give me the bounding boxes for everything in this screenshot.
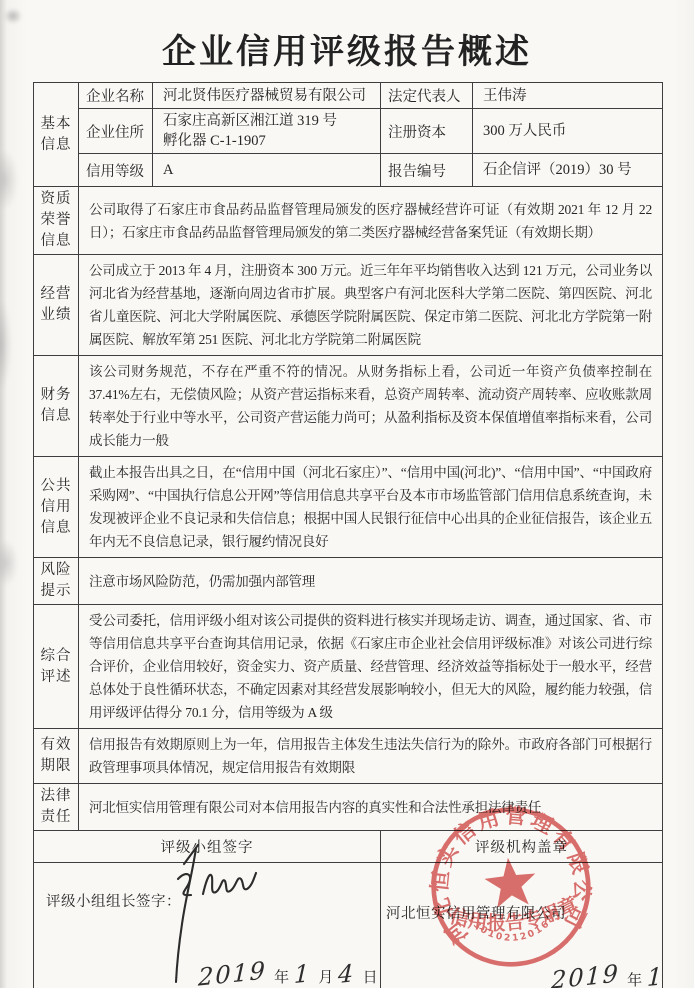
label-company-name: 企业名称 xyxy=(79,83,153,109)
section-text-qualifications: 公司取得了石家庄市食品药品监督管理局颁发的医疗器械经营许可证（有效期 2021 … xyxy=(79,187,663,255)
table-row: 基本信息 企业名称 河北贤伟医疗器械贸易有限公司 法定代表人 王伟涛 xyxy=(34,83,663,109)
section-label-financial-info: 财务信息 xyxy=(34,356,79,457)
handwritten-year: 2019 xyxy=(198,961,267,986)
table-row: 综合评述 受公司委托，信用评级小组对该公司提供的资料进行核实并现场走访、调查，通… xyxy=(34,605,663,729)
agency-company-name: 河北恒实信用管理有限公司 xyxy=(386,902,566,923)
table-row: 资质荣誉信息 公司取得了石家庄市食品药品监督管理局颁发的医疗器械经营许可证（有效… xyxy=(34,187,663,255)
value-report-number: 石企信评（2019）30 号 xyxy=(473,154,663,187)
section-label-risk-warning: 风险提示 xyxy=(34,558,79,605)
scan-artifact xyxy=(4,8,22,24)
report-table: 基本信息 企业名称 河北贤伟医疗器械贸易有限公司 法定代表人 王伟涛 企业住所 … xyxy=(33,82,663,988)
table-row: 评级小组签字 评级机构盖章 xyxy=(34,831,663,863)
label-registered-capital: 注册资本 xyxy=(381,109,473,154)
value-company-name: 河北贤伟医疗器械贸易有限公司 xyxy=(153,83,381,109)
scan-artifact xyxy=(0,150,18,210)
header-team-signature: 评级小组签字 xyxy=(34,831,381,863)
table-row: 经营业绩 公司成立于 2013 年 4 月，注册资本 300 万元。近三年年平均… xyxy=(34,255,663,356)
team-signature-date: 2019年1月4日 xyxy=(196,965,381,987)
table-row: 公共信用信息 截止本报告出具之日，在“信用中国（河北石家庄）”、“信用中国(河北… xyxy=(34,457,663,558)
scan-edge-shadow xyxy=(0,0,7,988)
table-row: 有效期限 信用报告有效期原则上为一年，信用报告主体发生违法失信行为的除外。市政府… xyxy=(34,729,663,784)
table-row: 财务信息 该公司财务规范，不存在严重不符的情况。从财务指标上看，公司近一年资产负… xyxy=(34,356,663,457)
table-row: 信用等级 A 报告编号 石企信评（2019）30 号 xyxy=(34,154,663,187)
header-agency-seal: 评级机构盖章 xyxy=(381,831,663,863)
handwritten-day: 4 xyxy=(338,964,356,984)
agency-seal-cell: 河北恒实信用管理有限公司 2019年1月4日 xyxy=(381,863,663,988)
label-legal-representative: 法定代表人 xyxy=(381,83,473,109)
table-row: 法律责任 河北恒实信用管理有限公司对本信用报告内容的真实性和合法性承担法律责任 xyxy=(34,784,663,831)
section-text-risk-warning: 注意市场风险防范，仍需加强内部管理 xyxy=(79,558,663,605)
section-label-basic-info: 基本信息 xyxy=(34,83,79,187)
section-text-legal-responsibility: 河北恒实信用管理有限公司对本信用报告内容的真实性和合法性承担法律责任 xyxy=(79,784,663,831)
section-label-comprehensive-review: 综合评述 xyxy=(34,605,79,729)
section-label-validity-period: 有效期限 xyxy=(34,729,79,784)
table-row: 风险提示 注意市场风险防范，仍需加强内部管理 xyxy=(34,558,663,605)
section-text-public-credit-info: 截止本报告出具之日，在“信用中国（河北石家庄）”、“信用中国(河北)”、“信用中… xyxy=(79,457,663,558)
label-company-address: 企业住所 xyxy=(79,109,153,154)
report-page: 企业信用评级报告概述 基本信息 企业名称 河北贤伟医疗器械贸易有限公司 法定代表… xyxy=(0,0,694,988)
value-company-address: 石家庄高新区湘江道 319 号 孵化器 C-1-1907 xyxy=(153,109,381,154)
table-row: 评级小组组长签字： 2019年1月4日 河北恒实信用管理有限公司 2019年1月… xyxy=(34,863,663,988)
section-label-business-performance: 经营业绩 xyxy=(34,255,79,356)
section-label-legal-responsibility: 法律责任 xyxy=(34,784,79,831)
section-text-financial-info: 该公司财务规范，不存在严重不符的情况。从财务指标上看，公司近一年资产负债率控制在… xyxy=(79,356,663,457)
handwritten-year: 2019 xyxy=(551,964,620,988)
date-unit-month: 月 xyxy=(318,970,333,986)
value-legal-representative: 王伟涛 xyxy=(473,83,663,109)
section-text-comprehensive-review: 受公司委托，信用评级小组对该公司提供的资料进行核实并现场走访、调查，通过国家、省… xyxy=(79,605,663,729)
value-credit-rating: A xyxy=(153,154,381,187)
date-unit-year: 年 xyxy=(627,973,642,988)
handwritten-month: 1 xyxy=(647,967,663,987)
section-text-business-performance: 公司成立于 2013 年 4 月，注册资本 300 万元。近三年年平均销售收入达… xyxy=(79,255,663,356)
scan-artifact xyxy=(0,540,18,586)
label-credit-rating: 信用等级 xyxy=(79,154,153,187)
date-unit-day: 日 xyxy=(363,970,378,986)
section-label-qualifications: 资质荣誉信息 xyxy=(34,187,79,255)
agency-seal-date: 2019年1月4日 xyxy=(549,968,663,988)
handwritten-month: 1 xyxy=(294,964,312,984)
section-label-public-credit-info: 公共信用信息 xyxy=(34,457,79,558)
label-report-number: 报告编号 xyxy=(381,154,473,187)
value-registered-capital: 300 万人民币 xyxy=(473,109,663,154)
table-row: 企业住所 石家庄高新区湘江道 319 号 孵化器 C-1-1907 注册资本 3… xyxy=(34,109,663,154)
date-unit-year: 年 xyxy=(274,970,289,986)
section-text-validity-period: 信用报告有效期原则上为一年，信用报告主体发生违法失信行为的除外。市政府各部门可根… xyxy=(79,729,663,784)
team-signature-cell: 评级小组组长签字： 2019年1月4日 xyxy=(34,863,381,988)
team-leader-signature-label: 评级小组组长签字： xyxy=(46,890,181,911)
page-title: 企业信用评级报告概述 xyxy=(0,24,694,73)
scan-artifact xyxy=(0,300,12,390)
